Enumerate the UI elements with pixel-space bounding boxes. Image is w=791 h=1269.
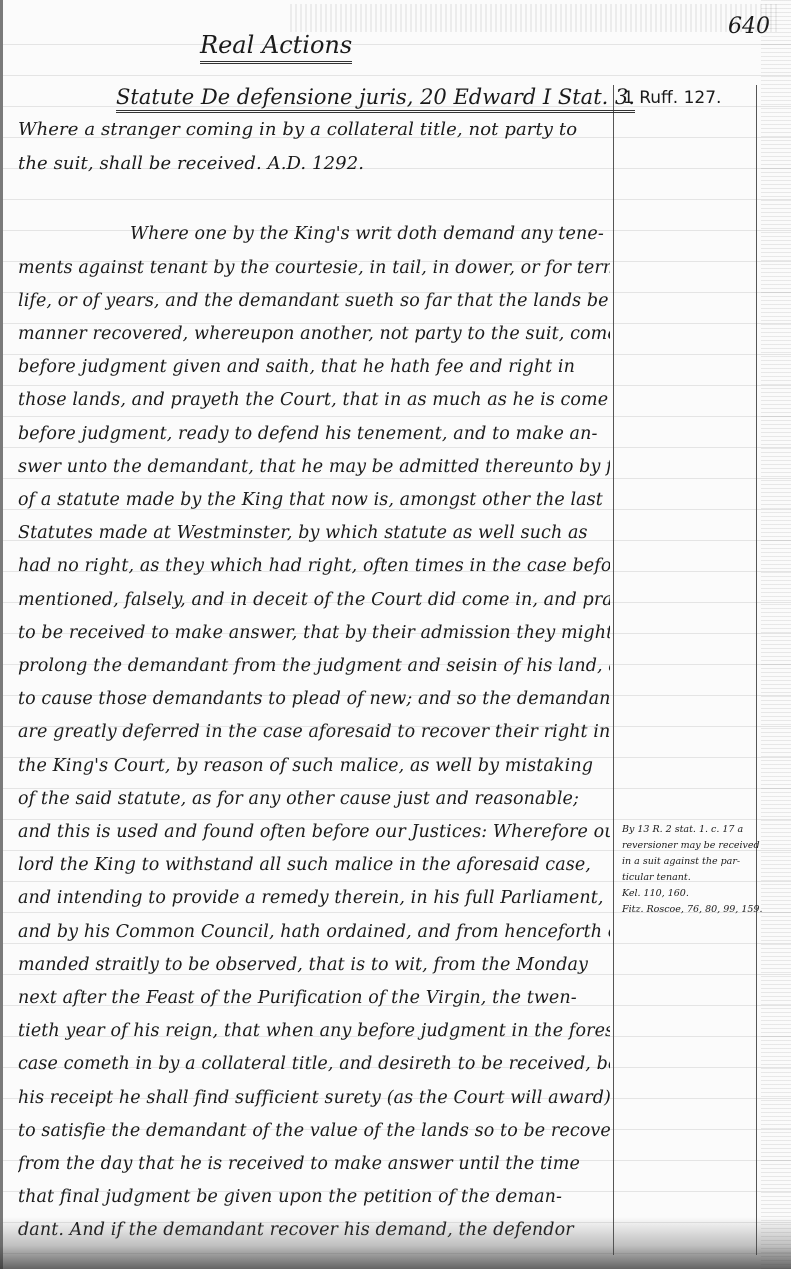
body-line: are greatly deferred in the case aforesa… bbox=[18, 720, 610, 744]
margin-note-line: Fitz. Roscoe, 76, 80, 99, 159. bbox=[622, 902, 754, 918]
body-line: to be received to make answer, that by t… bbox=[18, 621, 610, 645]
body-line: to satisfie the demandant of the value o… bbox=[18, 1119, 610, 1143]
margin-note-line: By 13 R. 2 stat. 1. c. 17 a bbox=[622, 822, 754, 838]
page-number: 640 bbox=[728, 14, 770, 39]
margin-note-line: in a suit against the par- bbox=[622, 854, 754, 870]
margin-rule-right bbox=[756, 85, 757, 1255]
body-line: from the day that he is received to make… bbox=[18, 1152, 610, 1176]
margin-note: By 13 R. 2 stat. 1. c. 17 a reversioner … bbox=[622, 822, 754, 918]
summary-line: Where a stranger coming in by a collater… bbox=[18, 118, 610, 142]
body-line: prolong the demandant from the judgment … bbox=[18, 654, 610, 678]
margin-note-line: reversioner may be received bbox=[622, 838, 754, 854]
page-left-edge bbox=[0, 0, 3, 1269]
body-line: manded straitly to be observed, that is … bbox=[18, 953, 610, 977]
body-line: the King's Court, by reason of such mali… bbox=[18, 754, 610, 778]
statute-heading: Statute De defensione juris, 20 Edward I… bbox=[116, 84, 635, 113]
body-line: before judgment, ready to defend his ten… bbox=[18, 422, 610, 446]
body-line: and this is used and found often before … bbox=[18, 820, 610, 844]
body-line: case cometh in by a collateral title, an… bbox=[18, 1052, 610, 1076]
body-line: swer unto the demandant, that he may be … bbox=[18, 455, 610, 479]
section-title: Real Actions bbox=[200, 30, 352, 64]
body-line: his receipt he shall find sufficient sur… bbox=[18, 1086, 610, 1110]
summary-line: the suit, shall be received. A.D. 1292. bbox=[18, 152, 610, 176]
body-line: those lands, and prayeth the Court, that… bbox=[18, 388, 610, 412]
margin-note-line: ticular tenant. bbox=[622, 870, 754, 886]
document-page: 640 Real Actions Statute De defensione j… bbox=[0, 0, 791, 1269]
body-line: before judgment given and saith, that he… bbox=[18, 355, 610, 379]
body-line: manner recovered, whereupon another, not… bbox=[18, 322, 610, 346]
scan-noise-bottom bbox=[0, 1217, 791, 1269]
body-line: life, or of years, and the demandant sue… bbox=[18, 289, 610, 313]
body-line: had no right, as they which had right, o… bbox=[18, 554, 610, 578]
body-line: lord the King to withstand all such mali… bbox=[18, 853, 610, 877]
body-line: that final judgment be given upon the pe… bbox=[18, 1185, 610, 1209]
body-line: Where one by the King's writ doth demand… bbox=[18, 222, 610, 246]
body-line: to cause those demandants to plead of ne… bbox=[18, 687, 610, 711]
body-line: tieth year of his reign, that when any b… bbox=[18, 1019, 610, 1043]
scan-noise-top bbox=[290, 4, 780, 32]
body-line: of the said statute, as for any other ca… bbox=[18, 787, 610, 811]
body-line: and intending to provide a remedy therei… bbox=[18, 886, 610, 910]
margin-reference: 1 Ruff. 127. bbox=[623, 88, 721, 108]
body-line: mentioned, falsely, and in deceit of the… bbox=[18, 588, 610, 612]
margin-rule-left bbox=[613, 85, 614, 1255]
scan-noise-right bbox=[761, 0, 791, 1269]
body-line: Statutes made at Westminster, by which s… bbox=[18, 521, 610, 545]
body-line: next after the Feast of the Purification… bbox=[18, 986, 610, 1010]
body-line: and by his Common Council, hath ordained… bbox=[18, 920, 610, 944]
body-line: of a statute made by the King that now i… bbox=[18, 488, 610, 512]
body-line: ments against tenant by the courtesie, i… bbox=[18, 256, 610, 280]
margin-note-line: Kel. 110, 160. bbox=[622, 886, 754, 902]
